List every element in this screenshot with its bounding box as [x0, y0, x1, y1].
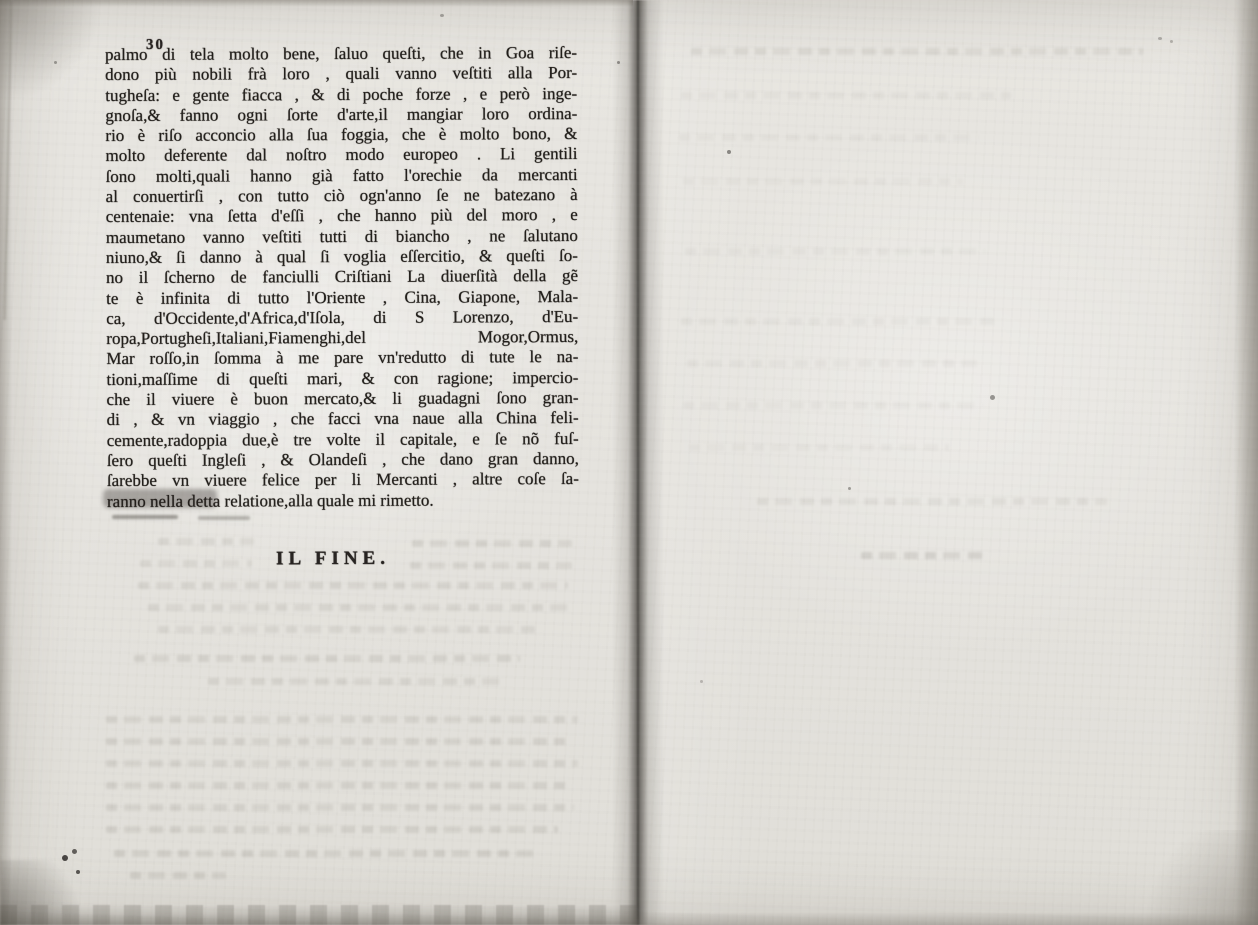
bleedthrough-text — [106, 826, 558, 833]
book-scan: 30 palmo di tela molto bene, ſaluo queſt… — [0, 0, 1258, 925]
text-line: no il ſcherno de fanciulli Criſtiani La … — [106, 266, 578, 288]
text-line: di , & vn viaggio , che facci vna naue a… — [107, 408, 579, 430]
bleedthrough-text — [683, 402, 983, 409]
bleedthrough-text — [138, 582, 568, 589]
body-text: palmo di tela molto bene, ſaluo queſti, … — [105, 43, 579, 512]
text-line: ca, d'Occidente,d'Africa,d'Iſola, di S L… — [106, 307, 578, 329]
text-line: ranno nella detta relatione,alla quale m… — [107, 489, 579, 511]
text-line: ropa,Portugheſi,Italiani,Fiamenghi,del M… — [106, 327, 578, 349]
bleedthrough-text — [679, 134, 979, 141]
text-line: centenaie: vna ſetta d'eſſi , che hanno … — [106, 205, 578, 227]
text-line: maumetano vanno veſtiti tutti di biancho… — [106, 226, 578, 248]
text-line: gnoſa,& fanno ogni ſorte d'arte,il mangi… — [105, 104, 577, 126]
bleedthrough-text — [757, 498, 1107, 505]
text-line: Mar roſſo,in ſomma à me pare vn'redutto … — [106, 347, 578, 369]
text-line: che il viuere è buon mercato,& li guadag… — [106, 388, 578, 410]
text-line: ſono molti,quali hanno già fatto l'orech… — [106, 165, 578, 187]
bleedthrough-text — [412, 540, 572, 547]
bleedthrough-text — [134, 655, 520, 662]
bleedthrough-text — [106, 804, 574, 811]
text-line: rio è riſo acconcio alla ſua foggia, che… — [105, 124, 577, 146]
ink-smudge — [112, 515, 178, 519]
bleedthrough-text — [687, 360, 977, 367]
bleedthrough-text — [158, 626, 540, 633]
bleedthrough-text — [689, 444, 949, 451]
text-line: tugheſa: e gente fiacca , & di poche for… — [105, 84, 577, 106]
bleedthrough-text — [106, 716, 578, 723]
text-line: cemente,radoppia due,è tre volte il capi… — [107, 429, 579, 451]
text-line: molto deferente dal noſtro modo europeo … — [105, 144, 577, 166]
bleedthrough-text — [681, 318, 1001, 325]
page-left: 30 palmo di tela molto bene, ſaluo queſt… — [0, 0, 633, 925]
text-line: palmo di tela molto bene, ſaluo queſti, … — [105, 43, 577, 65]
bleedthrough-text — [685, 248, 985, 255]
bleedthrough-text — [410, 562, 572, 569]
bleedthrough-text — [158, 538, 254, 545]
bleedthrough-text — [130, 872, 226, 879]
bleedthrough-text — [148, 604, 568, 611]
text-line: tioni,maſſime di queſti mari, & con ragi… — [106, 368, 578, 390]
bleedthrough-text — [861, 552, 987, 559]
bleedthrough-text — [106, 782, 568, 789]
bleedthrough-text — [691, 48, 1143, 55]
bleedthrough-text — [114, 850, 538, 857]
finis-heading: IL FINE. — [258, 548, 408, 571]
text-line: ſarebbe vn viuere felice per li Mercanti… — [107, 469, 579, 491]
bleedthrough-text — [106, 738, 572, 745]
bleedthrough-text — [140, 560, 252, 567]
bleedthrough-text — [681, 92, 1011, 99]
text-line: dono più nobili frà loro , quali vanno v… — [105, 63, 577, 85]
ink-smudge — [198, 516, 250, 520]
bleedthrough-text — [683, 178, 963, 185]
text-line: te è infinita di tutto l'Oriente , Cina,… — [106, 287, 578, 309]
text-line: niuno,& ſi danno à qual ſi voglia eſſerc… — [106, 246, 578, 268]
bleedthrough-text — [208, 678, 500, 685]
text-line: al conuertirſi , con tutto ciò ogn'anno … — [106, 185, 578, 207]
page-right — [633, 0, 1258, 925]
text-line: ſero queſti Ingleſi , & Olandeſi , che d… — [107, 449, 579, 471]
bleedthrough-text — [106, 760, 578, 767]
